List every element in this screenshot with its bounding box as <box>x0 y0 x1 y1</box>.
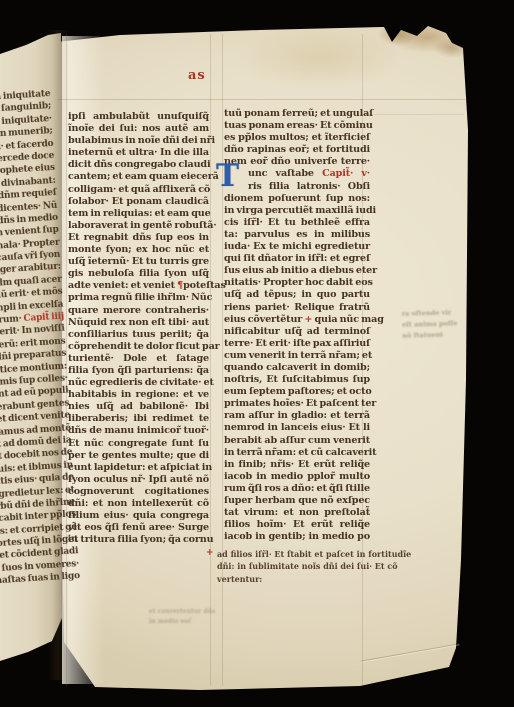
text-line: nem eor̃ dño univerſe terre· <box>224 156 370 168</box>
text-line: habitabis in regione: et ve <box>68 389 209 401</box>
text-line: ĩnoĩe dei ſui: nos autẽ am <box>68 123 209 135</box>
text-line: primates hoĩes· Et paſcent ter <box>224 398 370 410</box>
text-line: in terrã nr̃am: et cũ calcaverit <box>224 447 370 459</box>
text-line: tat virum: et non preſtolat̃ <box>224 507 370 519</box>
text-line: eius cõvertẽtur + quia nũc mag <box>224 314 370 326</box>
verso-chapter-rubric: Capit̃ iiij <box>23 312 64 324</box>
text-line: monte ſyon; ex hoc nũc et <box>68 244 209 256</box>
text-line: Nũquid rex non eſt tibi· aut <box>68 317 209 329</box>
text-line: ta: parvulus es in milibus <box>224 229 370 241</box>
text-line: ipſi ambulabũt unuſquiſq̃ <box>68 111 209 123</box>
text-line: ſyon oculus nr̃· Ipſi autẽ nõ <box>68 474 209 486</box>
show-through-line: in medio eor̃ <box>149 617 233 627</box>
gutter-cross-mark: + <box>45 264 53 274</box>
marginal-note: ad filios iſr̃l· Et ſtabit et paſcet in … <box>217 548 377 585</box>
text-line: adte veniet: et veniet ¶poteſtas <box>68 280 209 292</box>
ruling-line <box>57 99 465 100</box>
ruling-line <box>210 34 211 686</box>
text-line: tuas ponam ereas· Et cõminu <box>224 120 370 132</box>
text-line: nũc egredieris de civitate· et <box>68 377 209 389</box>
text-line: et tritura filia ſyon; q̃a cornu <box>68 534 209 546</box>
text-line: rum q̃ſi ros a dño: et q̃ſi ſtille <box>224 483 370 495</box>
text-line: ſolabor· Et ponam claudicã <box>68 196 209 208</box>
text-line: dñi: et non intellexerũt cõ <box>68 498 209 510</box>
text-line: filia ſyon q̃ſi parturiens: q̃a <box>68 365 209 377</box>
text-line: tuũ ponam ferreũ; et ungulaſ <box>224 108 370 120</box>
text-line: nitatis· Propter hoc dabit eos <box>224 277 370 289</box>
text-line: Et regnabit dñs ſup eos in <box>68 232 209 244</box>
manuscript-photo: as niã iniquitateus in ſanguinib;ſalem i… <box>0 0 514 707</box>
text-line: dicit dñs congregabo claudi <box>68 159 209 171</box>
show-through-line: eſt anima poſſe <box>402 318 460 331</box>
text-line: liberaberis; ibi redimet te <box>68 413 209 425</box>
text-line: vit eos q̃ſi fenũ aree· Surge <box>68 522 209 534</box>
text-line: ſuper herbam que nõ exſpec <box>224 495 370 507</box>
text-line: ſus eius ab initio a diebus eter <box>224 265 370 277</box>
marginal-insertion-mark: + <box>206 548 214 558</box>
show-through-text: ra oſtende vireſt anima poſſenõ ſtatuent <box>402 307 461 342</box>
text-line: prima regnũ filie ihr̃lm· Nũc <box>68 292 209 304</box>
text-line: ram aſſur in gladio: et terrã <box>224 410 370 422</box>
text-line: unc vaſtabe Capit̃· v· <box>224 168 370 180</box>
text-line: quando calcaverit in domib; <box>224 362 370 374</box>
text-line: Et nũc congregate ſunt ſu <box>68 438 209 450</box>
text-line: tem in reliquias: et eam que <box>68 208 209 220</box>
text-line: terre· Et erit· iſte pax aſſiriuſ <box>224 338 370 350</box>
show-through-line: nõ ſtatuent <box>402 329 460 342</box>
marginal-note-line: vertentur: <box>217 573 377 585</box>
text-line: qui ſit dñator in iſr̃l: et egreſ <box>224 253 370 265</box>
text-line: es pp̃los multos; et ĩterficieſ <box>224 132 370 144</box>
text-line: colligam· et quã afflixerã cõ <box>68 184 209 196</box>
text-line: noſtris, Et ſuſcitabimus ſup <box>224 374 370 386</box>
text-line: cognoverunt cogitationes <box>68 486 209 498</box>
text-line: uſq̃ ĩeternũ· Et tu turris gre <box>68 256 209 268</box>
text-line: quare merore contraheris· <box>68 305 209 317</box>
text-line: bulabimus in noĩe dñi dei nr̃i <box>68 135 209 147</box>
text-line: nies uſq̃ ad babilonẽ· Ibi <box>68 401 209 413</box>
text-line: in finib; nr̃is· Et erũt reliq̃e <box>224 459 370 471</box>
show-through-band: et convertentur dñsin medio eor̃ <box>149 607 233 627</box>
text-line: dionem poſuerunt ſup nos: <box>224 193 370 205</box>
ruling-line <box>362 114 464 115</box>
text-line: cantem; et eam quam eiecerã <box>68 171 209 183</box>
ruling-line <box>222 34 223 686</box>
text-line: uſq̃ ad tẽpus; in quo partu <box>224 289 370 301</box>
text-line: gis nebuloſa filia ſyon uſq̃ <box>68 268 209 280</box>
text-line: ſilium eius· quia congrega <box>68 510 209 522</box>
text-line: laboraverat in gentẽ robuſtã· <box>68 220 209 232</box>
text-column-left: ipſi ambulabũt unuſquiſq̃ĩnoĩe dei ſui: … <box>68 111 209 546</box>
text-line: nemrod in lanceis eius· Et li <box>224 422 370 434</box>
text-line: per te gentes multe; que di <box>68 450 209 462</box>
text-line: cõprehendit te dolor ſicut par <box>68 341 209 353</box>
text-line: cum venerit in terrã nr̃am; et <box>224 350 370 362</box>
text-line: iacob in gentib; in medio po <box>224 531 370 543</box>
text-line: filios hoĩm· Et erũt reliq̃e <box>224 519 370 531</box>
chapter-rubric: Capit̃· v· <box>322 168 370 179</box>
show-through-line: et convertentur dñs <box>149 607 233 617</box>
running-header: as <box>188 68 206 83</box>
text-line: riens pariet· Relique fratrũ <box>224 302 370 314</box>
marginal-note-line: ad filios iſr̃l· Et ſtabit et paſcet in … <box>217 548 377 560</box>
text-line: iacob in medio pplor̃ multo <box>224 471 370 483</box>
text-line: conſiliarius tuus periit; q̃a <box>68 329 209 341</box>
text-line: cunt lapidetur: et aſpiciat in <box>68 462 209 474</box>
text-line: dño rapinas eor̃; et fortitudi <box>224 144 370 156</box>
text-line: ineternũ et ultra· In die illa <box>68 147 209 159</box>
text-line: iuda· Ex te michi egredietur <box>224 241 370 253</box>
illuminated-initial: T <box>216 161 239 191</box>
text-line: dñs de manu inimicor̃ tuor̃· <box>68 425 209 437</box>
insertion-mark: + <box>302 314 314 325</box>
marginal-note-line: dñi: in ſublimitate noĩs dñi dei ſui· Et… <box>217 560 377 572</box>
text-line: cis iſr̃l· Et tu bethleẽ effra <box>224 217 370 229</box>
text-line: eum ſeptem paſtores; et octo <box>224 386 370 398</box>
text-column-right: tuũ ponam ferreũ; et ungulaſtuas ponam e… <box>224 108 370 543</box>
text-line: berabit ab aſſur cum venerit <box>224 435 370 447</box>
text-line: nificabitur uſq̃ ad terminoſ <box>224 326 370 338</box>
text-line: ris filia latronis· Obſi <box>224 181 370 193</box>
text-line: turientẽ· Dole et ſatage <box>68 353 209 365</box>
text-line: in virga percutiẽt maxillã iudi <box>224 205 370 217</box>
